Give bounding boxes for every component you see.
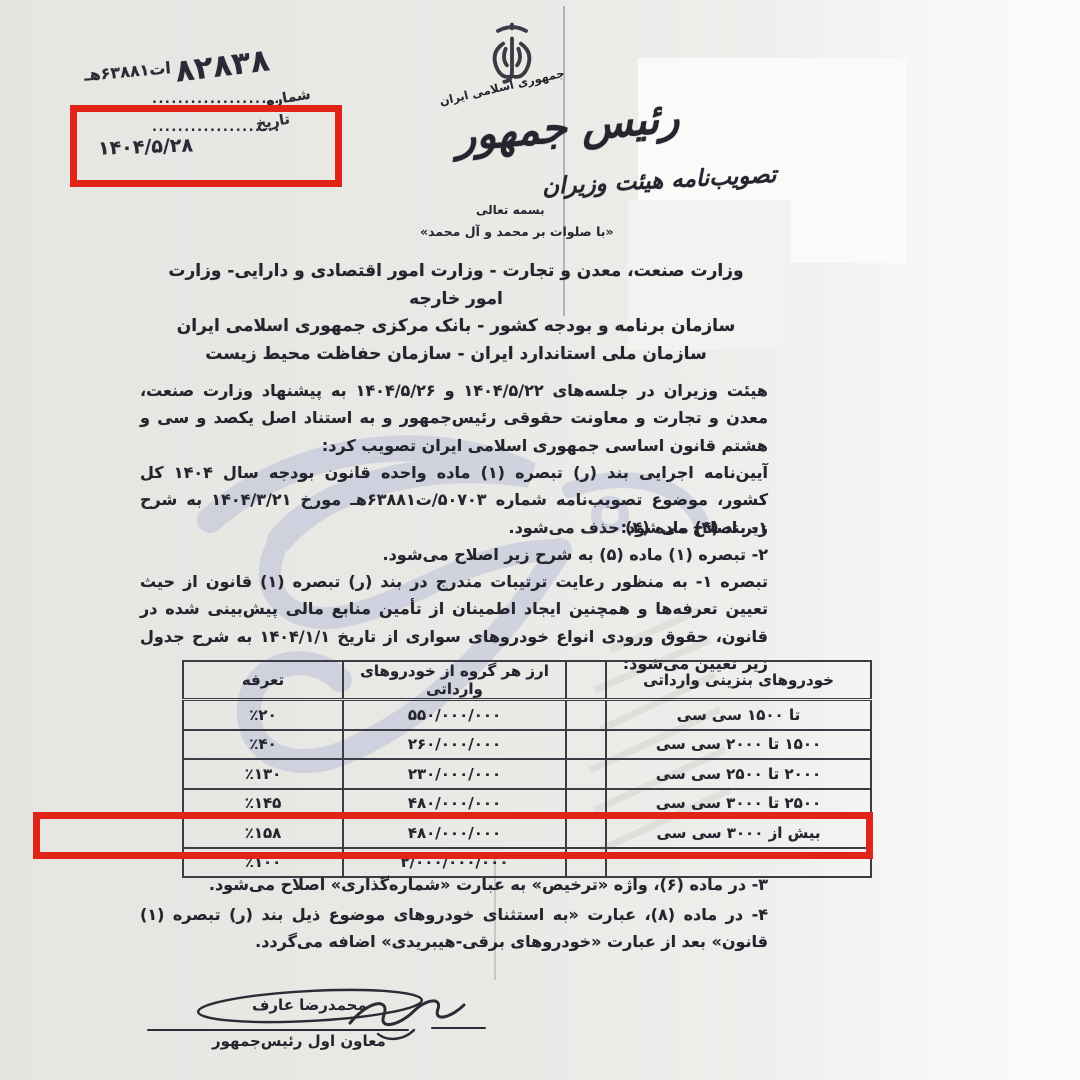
table-row: تا ۱۵۰۰ سی سی ۵۵۰/۰۰۰/۰۰۰ ٪۲۰ — [183, 700, 871, 730]
amendment-item-2: ۲- تبصره (۱) ماده (۵) به شرح زیر اصلاح م… — [140, 541, 768, 568]
cell-currency: ۲۳۰/۰۰۰/۰۰۰ — [343, 759, 566, 789]
amendment-item-3: ۳- در ماده (۶)، واژه «ترخیص» به عبارت «ش… — [140, 871, 768, 898]
stamp-code: ات۶۳۸۸۱هـ — [83, 58, 171, 85]
stamp-number: ۸۲۸۳۸ — [173, 42, 271, 89]
table-row: ۱۵۰۰ تا ۲۰۰۰ سی سی ۲۶۰/۰۰۰/۰۰۰ ٪۴۰ — [183, 730, 871, 760]
col-header-currency: ارز هر گروه از خودروهای وارداتی — [343, 661, 566, 700]
paragraph-preamble: هیئت وزیران در جلسه‌های ۱۴۰۴/۵/۲۲ و ۱۴۰۴… — [140, 377, 768, 459]
cell-category: تا ۱۵۰۰ سی سی — [606, 700, 871, 730]
amendment-item-1: ۱- بند (۴) ماده (۴) حذف می‌شود. — [140, 514, 768, 541]
col-header-category: خودروهای بنزینی وارداتی — [606, 661, 871, 700]
col-header-tariff: تعرفه — [183, 661, 343, 700]
cell-tariff: ٪۱۳۰ — [183, 759, 343, 789]
amendment-item-4: ۴- در ماده (۸)، عبارت «به استثنای خودروه… — [140, 901, 768, 956]
header-salawat: «با صلوات بر محمد و آل محمد» — [420, 224, 614, 239]
signer-name: محمدرضا عارف — [252, 996, 367, 1014]
addressee-block: وزارت صنعت، معدن و تجارت - وزارت امور اق… — [150, 258, 762, 368]
scanned-decree-page: ۸۲۸۳۸ ات۶۳۸۸۱هـ شماره ..................… — [0, 0, 1080, 1080]
cell-category: ۲۰۰۰ تا ۲۵۰۰ سی سی — [606, 759, 871, 789]
addressee-line: سازمان برنامه و بودجه کشور - بانک مرکزی … — [150, 313, 762, 341]
signature-scribble — [350, 1001, 464, 1025]
signer-title: معاون اول رئیس‌جمهور — [212, 1032, 386, 1050]
highlight-box-date — [70, 105, 342, 187]
table-header-row: خودروهای بنزینی وارداتی ارز هر گروه از خ… — [183, 661, 871, 700]
addressee-line: سازمان ملی استاندارد ایران - سازمان حفاظ… — [150, 341, 762, 369]
cell-tariff: ٪۲۰ — [183, 700, 343, 730]
cell-tariff: ٪۴۰ — [183, 730, 343, 760]
cell-currency: ۲۶۰/۰۰۰/۰۰۰ — [343, 730, 566, 760]
highlight-box-total-row — [33, 812, 873, 859]
table-row: ۲۰۰۰ تا ۲۵۰۰ سی سی ۲۳۰/۰۰۰/۰۰۰ ٪۱۳۰ — [183, 759, 871, 789]
signature-marks — [140, 968, 520, 1073]
header-bismillah: بسمه تعالی — [476, 203, 545, 217]
col-header-gap — [566, 661, 606, 700]
cell-currency: ۵۵۰/۰۰۰/۰۰۰ — [343, 700, 566, 730]
cell-category: ۱۵۰۰ تا ۲۰۰۰ سی سی — [606, 730, 871, 760]
addressee-line: وزارت صنعت، معدن و تجارت - وزارت امور اق… — [150, 258, 762, 313]
